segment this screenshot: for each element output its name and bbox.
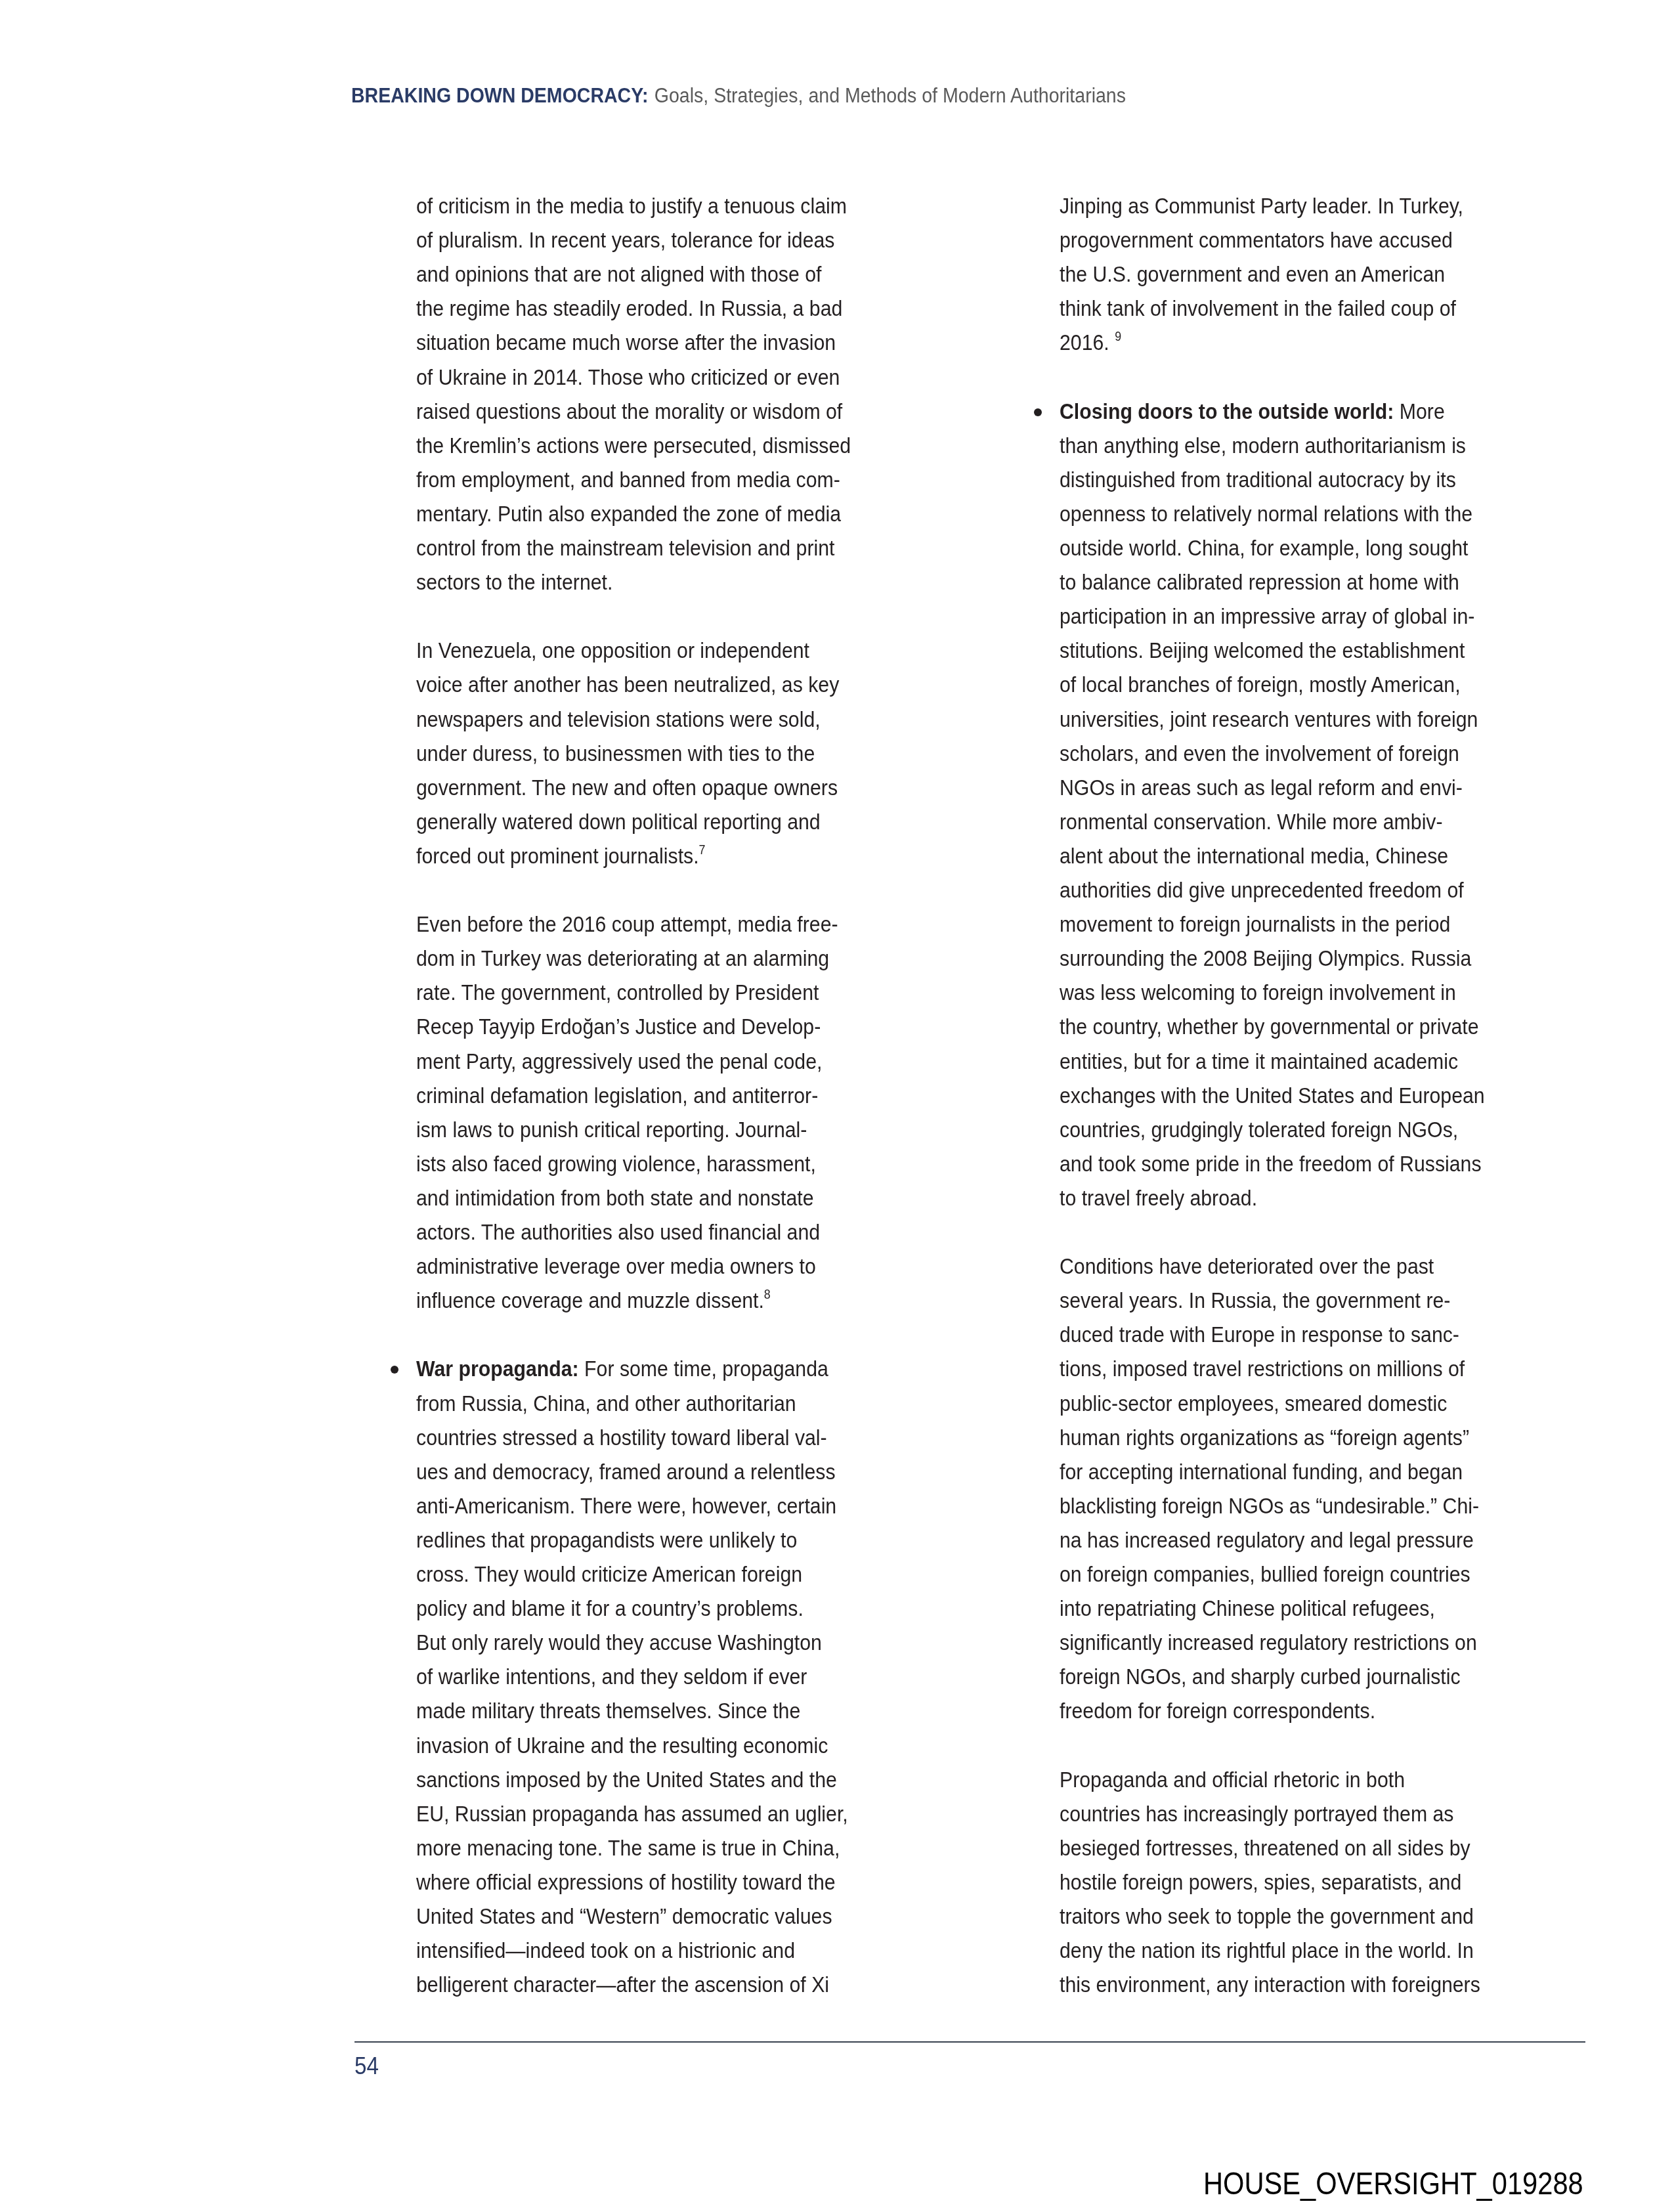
line-text: sectors to the internet. — [416, 570, 612, 595]
line-text: traitors who seek to topple the governme… — [1060, 1904, 1474, 1929]
line-text: dom in Turkey was deteriorating at an al… — [416, 946, 829, 971]
report-subtitle: Goals, Strategies, and Methods of Modern… — [655, 84, 1126, 107]
line-text: and took some pride in the freedom of Ru… — [1060, 1152, 1482, 1177]
text-line: anti-Americanism. There were, however, c… — [416, 1489, 836, 1523]
text-line: of Ukraine in 2014. Those who criticized… — [416, 360, 840, 395]
text-line: was less welcoming to foreign involvemen… — [1060, 976, 1456, 1010]
line-text: deny the nation its rightful place in th… — [1060, 1938, 1474, 1963]
text-line: In Venezuela, one opposition or independ… — [416, 634, 809, 668]
text-line: dom in Turkey was deteriorating at an al… — [416, 942, 829, 976]
text-line: under duress, to businessmen with ties t… — [416, 737, 815, 771]
text-line: into repatriating Chinese political refu… — [1060, 1592, 1435, 1626]
line-text: of local branches of foreign, mostly Ame… — [1060, 672, 1461, 697]
text-line: NGOs in areas such as legal reform and e… — [1060, 771, 1463, 805]
text-line: universities, joint research ventures wi… — [1060, 703, 1478, 737]
text-line: voice after another has been neutralized… — [416, 668, 839, 702]
footnote-marker: 9 — [1115, 330, 1121, 344]
text-line: surrounding the 2008 Beijing Olympics. R… — [1060, 942, 1471, 976]
line-text: voice after another has been neutralized… — [416, 672, 839, 697]
line-text: cross. They would criticize American for… — [416, 1562, 802, 1587]
line-text: criminal defamation legislation, and ant… — [416, 1083, 818, 1108]
text-line: United States and “Western” democratic v… — [416, 1899, 832, 1934]
line-text: of criticism in the media to justify a t… — [416, 194, 847, 219]
bullet-icon — [391, 1366, 398, 1374]
line-text: under duress, to businessmen with ties t… — [416, 741, 815, 766]
text-line: the U.S. government and even an American — [1060, 257, 1445, 292]
text-line: alent about the international media, Chi… — [1060, 839, 1448, 873]
text-line: from employment, and banned from media c… — [416, 463, 840, 497]
text-line: public-sector employees, smeared domesti… — [1060, 1387, 1447, 1421]
footer-rule — [354, 2041, 1585, 2043]
line-text: EU, Russian propaganda has assumed an ug… — [416, 1802, 848, 1827]
text-line: mentary. Putin also expanded the zone of… — [416, 497, 841, 531]
line-text: of warlike intentions, and they seldom i… — [416, 1664, 807, 1689]
text-line: from Russia, China, and other authoritar… — [416, 1387, 796, 1421]
text-line: of local branches of foreign, mostly Ame… — [1060, 668, 1461, 702]
line-text: made military threats themselves. Since … — [416, 1699, 800, 1724]
text-line: the country, whether by governmental or … — [1060, 1010, 1479, 1044]
bullet-icon — [1034, 408, 1042, 416]
text-line: participation in an impressive array of … — [1060, 599, 1474, 634]
line-text: situation became much worse after the in… — [416, 330, 836, 355]
line-text: ronmental conservation. While more ambiv… — [1060, 810, 1443, 835]
line-text: where official expressions of hostility … — [416, 1870, 836, 1895]
line-text: invasion of Ukraine and the resulting ec… — [416, 1733, 828, 1758]
line-text: countries, grudgingly tolerated foreign … — [1060, 1117, 1458, 1142]
text-line: rate. The government, controlled by Pres… — [416, 976, 819, 1010]
text-line: on foreign companies, bullied foreign co… — [1060, 1557, 1470, 1592]
line-text: human rights organizations as “foreign a… — [1060, 1425, 1469, 1450]
text-line: raised questions about the morality or w… — [416, 395, 842, 429]
text-line: criminal defamation legislation, and ant… — [416, 1079, 818, 1113]
report-title: BREAKING DOWN DEMOCRACY: — [351, 84, 649, 107]
line-text: mentary. Putin also expanded the zone of… — [416, 502, 841, 527]
line-text: the country, whether by governmental or … — [1060, 1014, 1479, 1039]
text-line: progovernment commentators have accused — [1060, 223, 1453, 257]
line-text: progovernment commentators have accused — [1060, 228, 1453, 253]
line-text: universities, joint research ventures wi… — [1060, 707, 1478, 732]
text-line: countries has increasingly portrayed the… — [1060, 1797, 1453, 1831]
text-line: to balance calibrated repression at home… — [1060, 565, 1459, 599]
line-text: belligerent character—after the ascensio… — [416, 1972, 829, 1997]
line-text: to travel freely abroad. — [1060, 1186, 1257, 1211]
line-text: Even before the 2016 coup attempt, media… — [416, 912, 838, 937]
line-text: anti-Americanism. There were, however, c… — [416, 1494, 836, 1519]
text-line: made military threats themselves. Since … — [416, 1694, 800, 1728]
text-line: of warlike intentions, and they seldom i… — [416, 1660, 807, 1694]
line-text: than anything else, modern authoritarian… — [1060, 433, 1466, 458]
line-text: Recep Tayyip Erdoğan’s Justice and Devel… — [416, 1014, 821, 1039]
line-text: scholars, and even the involvement of fo… — [1060, 741, 1459, 766]
text-line: deny the nation its rightful place in th… — [1060, 1934, 1474, 1968]
text-line: countries stressed a hostility toward li… — [416, 1421, 827, 1455]
text-line: na has increased regulatory and legal pr… — [1060, 1523, 1474, 1557]
line-text: surrounding the 2008 Beijing Olympics. R… — [1060, 946, 1471, 971]
bullet-heading: Closing doors to the outside world: — [1060, 399, 1394, 424]
line-text: United States and “Western” democratic v… — [416, 1904, 832, 1929]
line-text: alent about the international media, Chi… — [1060, 844, 1448, 869]
text-line: sanctions imposed by the United States a… — [416, 1763, 837, 1797]
line-text: For some time, propaganda — [579, 1356, 828, 1381]
line-text: the U.S. government and even an American — [1060, 262, 1445, 287]
line-text: intensified—indeed took on a histrionic … — [416, 1938, 795, 1963]
text-line: invasion of Ukraine and the resulting ec… — [416, 1729, 828, 1763]
line-text: generally watered down political reporti… — [416, 810, 821, 835]
line-text: ism laws to punish critical reporting. J… — [416, 1117, 807, 1142]
line-text: on foreign companies, bullied foreign co… — [1060, 1562, 1470, 1587]
text-line: administrative leverage over media owner… — [416, 1249, 816, 1284]
line-text: forced out prominent journalists. — [416, 844, 699, 869]
text-line: ists also faced growing violence, harass… — [416, 1147, 816, 1181]
line-text: Conditions have deteriorated over the pa… — [1060, 1254, 1434, 1279]
line-text: control from the mainstream television a… — [416, 536, 834, 561]
line-text: authorities did give unprecedented freed… — [1060, 878, 1464, 903]
line-text: distinguished from traditional autocracy… — [1060, 467, 1456, 492]
line-text: More — [1394, 399, 1444, 424]
text-line: freedom for foreign correspondents. — [1060, 1694, 1375, 1728]
line-text: from employment, and banned from media c… — [416, 467, 840, 492]
line-text: participation in an impressive array of … — [1060, 604, 1474, 629]
text-line: significantly increased regulatory restr… — [1060, 1626, 1477, 1660]
text-line: redlines that propagandists were unlikel… — [416, 1523, 797, 1557]
text-line: and intimidation from both state and non… — [416, 1181, 814, 1215]
line-text: from Russia, China, and other authoritar… — [416, 1391, 796, 1416]
text-line: authorities did give unprecedented freed… — [1060, 873, 1464, 907]
text-line: besieged fortresses, threatened on all s… — [1060, 1831, 1470, 1865]
text-line: situation became much worse after the in… — [416, 326, 836, 360]
line-text: tions, imposed travel restrictions on mi… — [1060, 1356, 1465, 1381]
line-text: movement to foreign journalists in the p… — [1060, 912, 1450, 937]
text-line: where official expressions of hostility … — [416, 1865, 836, 1899]
text-line: traitors who seek to topple the governme… — [1060, 1899, 1474, 1934]
text-line: ism laws to punish critical reporting. J… — [416, 1113, 807, 1147]
text-line: control from the mainstream television a… — [416, 531, 834, 565]
footnote-marker: 7 — [699, 843, 706, 857]
text-line: distinguished from traditional autocracy… — [1060, 463, 1456, 497]
text-line: sectors to the internet. — [416, 565, 612, 599]
line-text: the regime has steadily eroded. In Russi… — [416, 296, 842, 321]
text-line: influence coverage and muzzle dissent.8 — [416, 1284, 771, 1318]
line-text: openness to relatively normal relations … — [1060, 502, 1472, 527]
text-line: tions, imposed travel restrictions on mi… — [1060, 1352, 1465, 1386]
text-line: movement to foreign journalists in the p… — [1060, 907, 1450, 942]
text-line: outside world. China, for example, long … — [1060, 531, 1468, 565]
bullet-heading: War propaganda: — [416, 1356, 579, 1381]
text-line: foreign NGOs, and sharply curbed journal… — [1060, 1660, 1461, 1694]
text-line: actors. The authorities also used financ… — [416, 1215, 820, 1249]
line-text: to balance calibrated repression at home… — [1060, 570, 1459, 595]
text-line: stitutions. Beijing welcomed the establi… — [1060, 634, 1465, 668]
line-text: blacklisting foreign NGOs as “undesirabl… — [1060, 1494, 1479, 1519]
line-text: na has increased regulatory and legal pr… — [1060, 1528, 1474, 1553]
line-text: more menacing tone. The same is true in … — [416, 1836, 840, 1861]
text-line: Recep Tayyip Erdoğan’s Justice and Devel… — [416, 1010, 821, 1044]
line-text: sanctions imposed by the United States a… — [416, 1767, 837, 1792]
line-text: into repatriating Chinese political refu… — [1060, 1596, 1435, 1621]
text-line: entities, but for a time it maintained a… — [1060, 1045, 1458, 1079]
line-text: countries stressed a hostility toward li… — [416, 1425, 827, 1450]
line-text: and opinions that are not aligned with t… — [416, 262, 821, 287]
text-line: exchanges with the United States and Eur… — [1060, 1079, 1485, 1113]
line-text: the Kremlin’s actions were persecuted, d… — [416, 433, 851, 458]
text-line: of pluralism. In recent years, tolerance… — [416, 223, 834, 257]
text-line: and took some pride in the freedom of Ru… — [1060, 1147, 1482, 1181]
line-text: several years. In Russia, the government… — [1060, 1288, 1450, 1313]
line-text: actors. The authorities also used financ… — [416, 1220, 820, 1245]
line-text: government. The new and often opaque own… — [416, 775, 838, 800]
text-line: EU, Russian propaganda has assumed an ug… — [416, 1797, 848, 1831]
line-text: ues and democracy, framed around a relen… — [416, 1460, 836, 1485]
line-text: rate. The government, controlled by Pres… — [416, 980, 819, 1005]
footnote-marker: 8 — [764, 1288, 771, 1302]
line-text: Jinping as Communist Party leader. In Tu… — [1060, 194, 1463, 219]
text-line: openness to relatively normal relations … — [1060, 497, 1472, 531]
text-line: generally watered down political reporti… — [416, 805, 821, 839]
line-text: think tank of involvement in the failed … — [1060, 296, 1456, 321]
line-text: of pluralism. In recent years, tolerance… — [416, 228, 834, 253]
text-line: to travel freely abroad. — [1060, 1181, 1257, 1215]
text-line: of criticism in the media to justify a t… — [416, 189, 847, 223]
text-line: ment Party, aggressively used the penal … — [416, 1045, 822, 1079]
text-line: more menacing tone. The same is true in … — [416, 1831, 840, 1865]
text-line: human rights organizations as “foreign a… — [1060, 1421, 1469, 1455]
text-line: newspapers and television stations were … — [416, 703, 821, 737]
line-text: was less welcoming to foreign involvemen… — [1060, 980, 1456, 1005]
line-text: exchanges with the United States and Eur… — [1060, 1083, 1485, 1108]
line-text: duced trade with Europe in response to s… — [1060, 1322, 1459, 1347]
line-text: freedom for foreign correspondents. — [1060, 1699, 1375, 1724]
text-line: scholars, and even the involvement of fo… — [1060, 737, 1459, 771]
text-line: than anything else, modern authoritarian… — [1060, 429, 1466, 463]
text-line: the Kremlin’s actions were persecuted, d… — [416, 429, 851, 463]
text-line: hostile foreign powers, spies, separatis… — [1060, 1865, 1461, 1899]
line-text: hostile foreign powers, spies, separatis… — [1060, 1870, 1461, 1895]
line-text: 2016. — [1060, 330, 1115, 355]
text-line: countries, grudgingly tolerated foreign … — [1060, 1113, 1458, 1147]
line-text: public-sector employees, smeared domesti… — [1060, 1391, 1447, 1416]
line-text: stitutions. Beijing welcomed the establi… — [1060, 638, 1465, 663]
text-line: for accepting international funding, and… — [1060, 1455, 1463, 1489]
text-line: belligerent character—after the ascensio… — [416, 1968, 829, 2002]
line-text: But only rarely would they accuse Washin… — [416, 1630, 822, 1655]
line-text: policy and blame it for a country’s prob… — [416, 1596, 804, 1621]
bullet-item-lead-line: Closing doors to the outside world: More — [1060, 395, 1445, 429]
line-text: countries has increasingly portrayed the… — [1060, 1802, 1453, 1827]
text-line: blacklisting foreign NGOs as “undesirabl… — [1060, 1489, 1479, 1523]
line-text: for accepting international funding, and… — [1060, 1460, 1463, 1485]
line-text: In Venezuela, one opposition or independ… — [416, 638, 809, 663]
text-line: ues and democracy, framed around a relen… — [416, 1455, 836, 1489]
text-line: duced trade with Europe in response to s… — [1060, 1318, 1459, 1352]
text-line: cross. They would criticize American for… — [416, 1557, 802, 1592]
text-line: Conditions have deteriorated over the pa… — [1060, 1249, 1434, 1284]
text-line: 2016. 9 — [1060, 326, 1121, 360]
line-text: besieged fortresses, threatened on all s… — [1060, 1836, 1470, 1861]
bullet-item-lead-line: War propaganda: For some time, propagand… — [416, 1352, 828, 1386]
text-line: Jinping as Communist Party leader. In Tu… — [1060, 189, 1463, 223]
text-line: Propaganda and official rhetoric in both — [1060, 1763, 1405, 1797]
line-text: raised questions about the morality or w… — [416, 399, 842, 424]
line-text: entities, but for a time it maintained a… — [1060, 1049, 1458, 1074]
line-text: influence coverage and muzzle dissent. — [416, 1288, 764, 1313]
line-text: foreign NGOs, and sharply curbed journal… — [1060, 1664, 1461, 1689]
line-text: redlines that propagandists were unlikel… — [416, 1528, 797, 1553]
text-line: several years. In Russia, the government… — [1060, 1284, 1450, 1318]
line-text: administrative leverage over media owner… — [416, 1254, 816, 1279]
text-line: forced out prominent journalists.7 — [416, 839, 705, 873]
text-line: the regime has steadily eroded. In Russi… — [416, 292, 842, 326]
text-line: policy and blame it for a country’s prob… — [416, 1592, 804, 1626]
text-line: ronmental conservation. While more ambiv… — [1060, 805, 1443, 839]
line-text: and intimidation from both state and non… — [416, 1186, 814, 1211]
page-number: 54 — [354, 2052, 379, 2080]
line-text: significantly increased regulatory restr… — [1060, 1630, 1477, 1655]
line-text: NGOs in areas such as legal reform and e… — [1060, 775, 1463, 800]
line-text: this environment, any interaction with f… — [1060, 1972, 1480, 1997]
line-text: ment Party, aggressively used the penal … — [416, 1049, 822, 1074]
bates-stamp: HOUSE_OVERSIGHT_019288 — [1203, 2165, 1583, 2202]
line-text: outside world. China, for example, long … — [1060, 536, 1468, 561]
text-line: government. The new and often opaque own… — [416, 771, 838, 805]
text-line: But only rarely would they accuse Washin… — [416, 1626, 822, 1660]
line-text: Propaganda and official rhetoric in both — [1060, 1767, 1405, 1792]
line-text: of Ukraine in 2014. Those who criticized… — [416, 365, 840, 390]
line-text: newspapers and television stations were … — [416, 707, 821, 732]
text-line: this environment, any interaction with f… — [1060, 1968, 1480, 2002]
text-line: think tank of involvement in the failed … — [1060, 292, 1456, 326]
running-header: BREAKING DOWN DEMOCRACY:Goals, Strategie… — [351, 84, 1126, 108]
text-line: and opinions that are not aligned with t… — [416, 257, 821, 292]
text-line: Even before the 2016 coup attempt, media… — [416, 907, 838, 942]
text-line: intensified—indeed took on a histrionic … — [416, 1934, 795, 1968]
line-text: ists also faced growing violence, harass… — [416, 1152, 816, 1177]
